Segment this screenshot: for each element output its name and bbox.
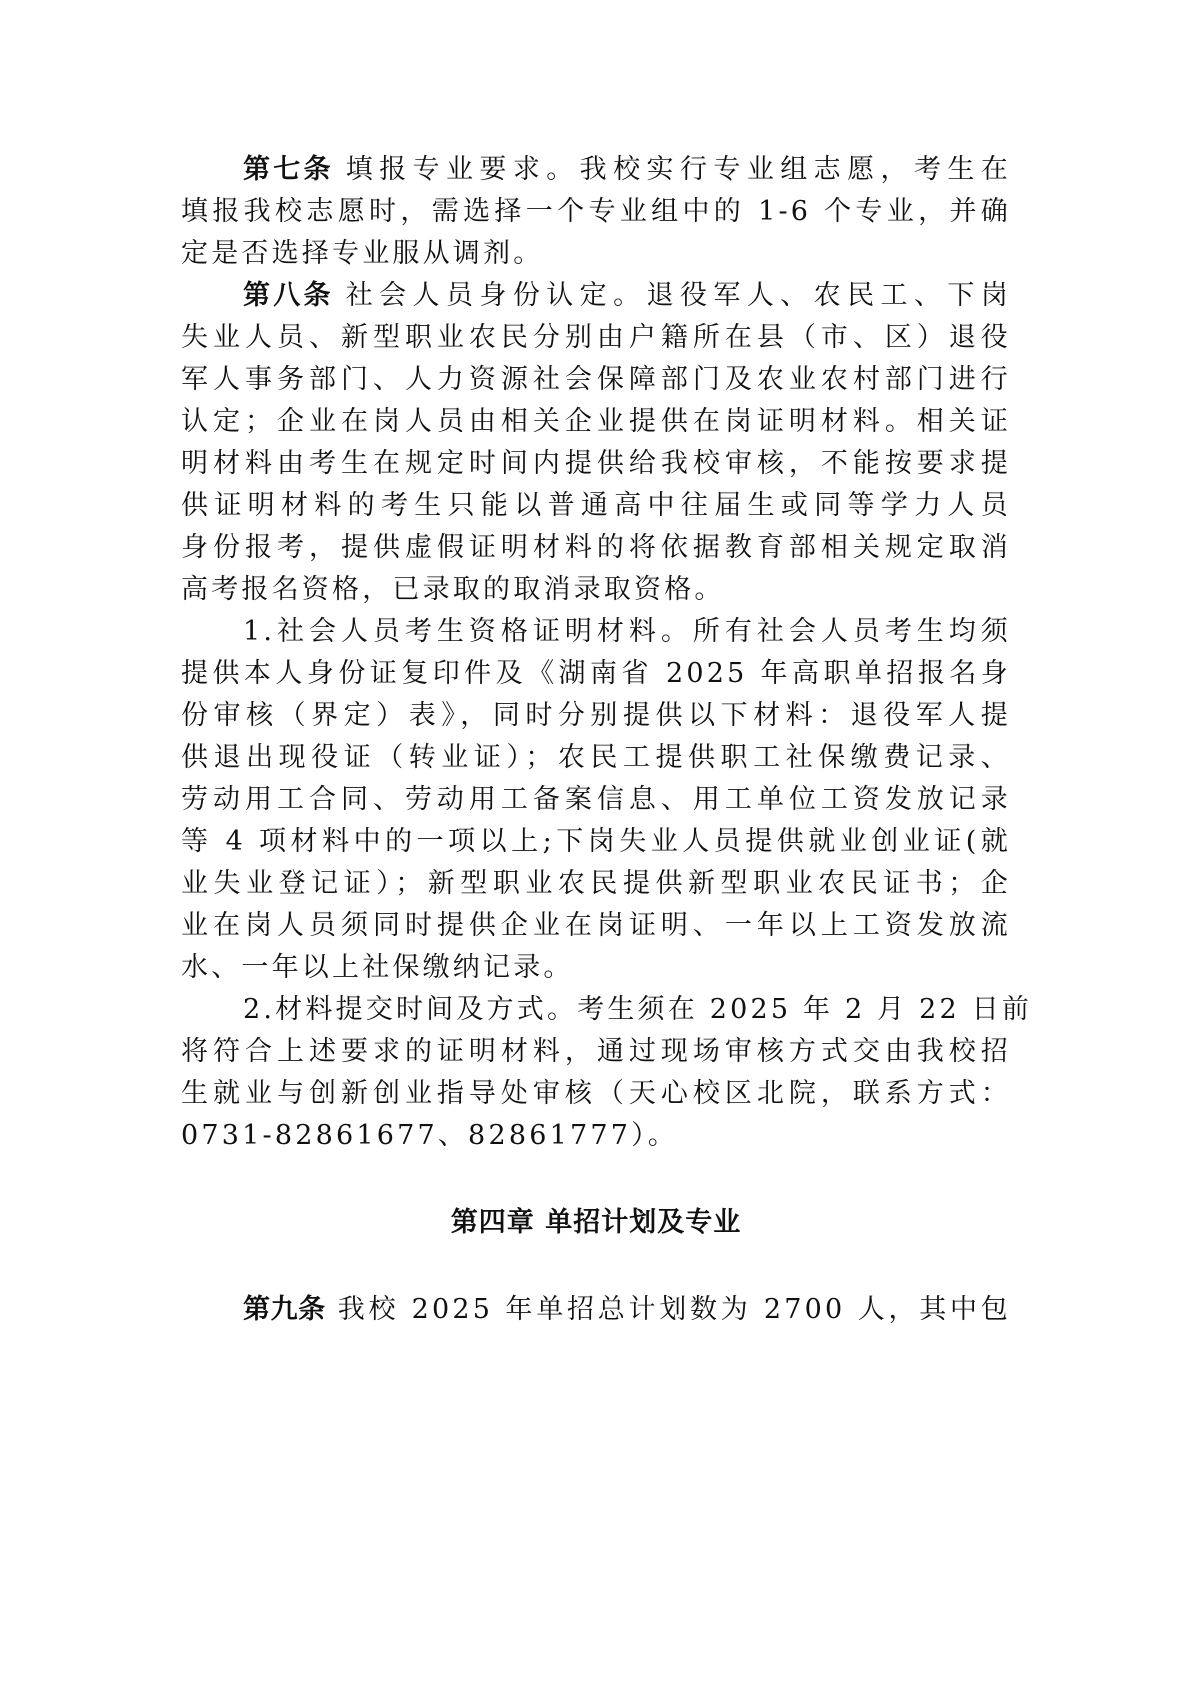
article-heading: 第九条 <box>243 1294 326 1325</box>
paragraph-line: 水、一年以上社保缴纳记录。 <box>181 947 1011 989</box>
paragraph-line: 业失业登记证）；新型职业农民提供新型职业农民证书；企 <box>181 863 1011 905</box>
paragraph-line: 明材料由考生在规定时间内提供给我校审核，不能按要求提 <box>181 443 1011 485</box>
paragraph-line: 军人事务部门、人力资源社会保障部门及农业农村部门进行 <box>181 359 1011 401</box>
paragraph-line: 1.社会人员考生资格证明材料。所有社会人员考生均须 <box>181 611 1011 653</box>
paragraph-line: 第七条填报专业要求。我校实行专业组志愿，考生在 <box>181 149 1011 191</box>
article-8-item-2: 2.材料提交时间及方式。考生须在 2025 年 2 月 22 日前 将符合上述要… <box>181 989 1011 1157</box>
paragraph-line: 劳动用工合同、劳动用工备案信息、用工单位工资发放记录 <box>181 779 1011 821</box>
article-7: 第七条填报专业要求。我校实行专业组志愿，考生在 填报我校志愿时，需选择一个专业组… <box>181 149 1011 275</box>
paragraph-line: 失业人员、新型职业农民分别由户籍所在县（市、区）退役 <box>181 317 1011 359</box>
article-heading: 第七条 <box>243 154 334 185</box>
article-8: 第八条社会人员身份认定。退役军人、农民工、下岗 失业人员、新型职业农民分别由户籍… <box>181 275 1011 611</box>
article-heading: 第八条 <box>243 280 334 311</box>
document-page: 第七条填报专业要求。我校实行专业组志愿，考生在 填报我校志愿时，需选择一个专业组… <box>0 0 1191 1684</box>
paragraph-line: 生就业与创新创业指导处审核（天心校区北院，联系方式： <box>181 1073 1011 1115</box>
paragraph-line: 0731-82861677、82861777）。 <box>181 1115 1011 1157</box>
paragraph-line: 等 4 项材料中的一项以上;下岗失业人员提供就业创业证(就 <box>181 821 1011 863</box>
paragraph-line: 高考报名资格，已录取的取消录取资格。 <box>181 569 1011 611</box>
paragraph-line: 填报我校志愿时，需选择一个专业组中的 1-6 个专业，并确 <box>181 191 1011 233</box>
paragraph-line: 2.材料提交时间及方式。考生须在 2025 年 2 月 22 日前 <box>181 989 1011 1031</box>
paragraph-line: 第九条我校 2025 年单招总计划数为 2700 人，其中包 <box>181 1289 1011 1331</box>
article-8-item-1: 1.社会人员考生资格证明材料。所有社会人员考生均须 提供本人身份证复印件及《湖南… <box>181 611 1011 989</box>
paragraph-line: 第八条社会人员身份认定。退役军人、农民工、下岗 <box>181 275 1011 317</box>
paragraph-line: 认定；企业在岗人员由相关企业提供在岗证明材料。相关证 <box>181 401 1011 443</box>
document-body: 第七条填报专业要求。我校实行专业组志愿，考生在 填报我校志愿时，需选择一个专业组… <box>181 149 1011 1331</box>
paragraph-line: 定是否选择专业服从调剂。 <box>181 233 1011 275</box>
paragraph-line: 业在岗人员须同时提供企业在岗证明、一年以上工资发放流 <box>181 905 1011 947</box>
chapter-heading: 第四章 单招计划及专业 <box>181 1202 1011 1244</box>
paragraph-line: 供退出现役证（转业证）；农民工提供职工社保缴费记录、 <box>181 737 1011 779</box>
paragraph-line: 供证明材料的考生只能以普通高中往届生或同等学力人员 <box>181 485 1011 527</box>
paragraph-line: 身份报考，提供虚假证明材料的将依据教育部相关规定取消 <box>181 527 1011 569</box>
paragraph-line: 份审核（界定）表》，同时分别提供以下材料：退役军人提 <box>181 695 1011 737</box>
paragraph-line: 提供本人身份证复印件及《湖南省 2025 年高职单招报名身 <box>181 653 1011 695</box>
paragraph-line: 将符合上述要求的证明材料，通过现场审核方式交由我校招 <box>181 1031 1011 1073</box>
article-9: 第九条我校 2025 年单招总计划数为 2700 人，其中包 <box>181 1289 1011 1331</box>
